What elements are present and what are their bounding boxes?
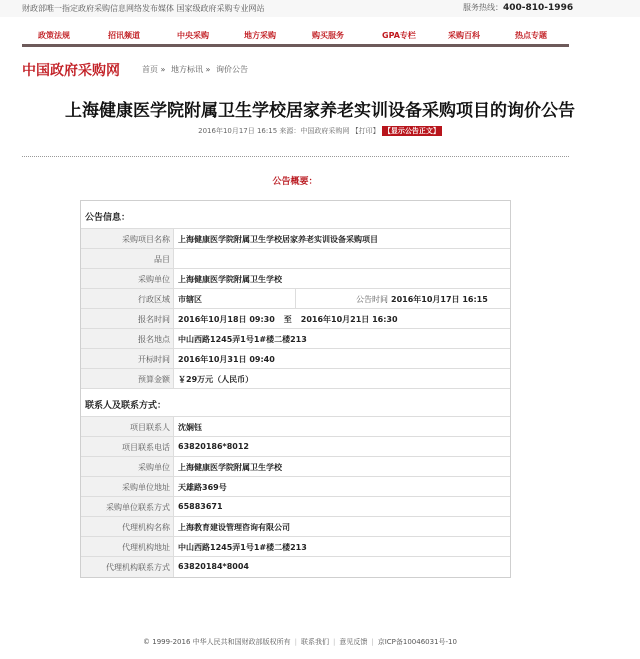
footer-divider: | (295, 638, 297, 646)
table-row: 代理机构地址 中山西路1245弄1号1#楼二楼213 (81, 537, 510, 557)
row-label: 公告时间 (296, 289, 391, 308)
row-value: ￥29万元（人民币） (174, 369, 510, 388)
nav-services[interactable]: 购买服务 (312, 30, 344, 41)
summary-heading: 公告概要： (0, 174, 590, 187)
row-value (174, 249, 510, 268)
show-full-text-button[interactable]: 【显示公告正文】 (382, 126, 442, 136)
info-section-heading: 公告信息： (81, 201, 510, 229)
nav-bidding[interactable]: 招讯频道 (108, 30, 140, 41)
table-row: 预算金额 ￥29万元（人民币） (81, 369, 510, 389)
row-label: 行政区域 (81, 289, 174, 308)
row-value: 上海健康医学院附属卫生学校居家养老实训设备采购项目 (174, 229, 510, 248)
row-value: 沈娴钰 (174, 417, 510, 436)
row-label: 代理机构地址 (81, 537, 174, 556)
nav-central[interactable]: 中央采购 (177, 30, 209, 41)
breadcrumb-separator: » (206, 65, 211, 74)
source-name: 中国政府采购网 (300, 127, 349, 135)
contact-us-link[interactable]: 联系我们 (301, 638, 329, 646)
icp-link[interactable]: 京ICP备10046031号-10 (378, 638, 457, 646)
row-label: 品目 (81, 249, 174, 268)
table-row: 代理机构名称 上海教育建设管理咨询有限公司 (81, 517, 510, 537)
publish-date: 2016年10月17日 16:15 (198, 127, 277, 135)
table-row: 开标时间 2016年10月31日 09:40 (81, 349, 510, 369)
range-separator: 至 (284, 315, 292, 324)
row-value: 2016年10月17日 16:15 (391, 289, 510, 308)
row-label: 代理机构名称 (81, 517, 174, 536)
row-value: 市辖区 (174, 289, 296, 308)
dotted-divider (22, 156, 569, 157)
breadcrumb-local-bidding[interactable]: 地方标讯 (171, 65, 203, 74)
row-value: 2016年10月18日 09:30至2016年10月21日 16:30 (174, 309, 510, 328)
row-label: 开标时间 (81, 349, 174, 368)
footer-divider: | (333, 638, 335, 646)
table-row: 报名时间 2016年10月18日 09:30至2016年10月21日 16:30 (81, 309, 510, 329)
table-row: 报名地点 中山西路1245弄1号1#楼二楼213 (81, 329, 510, 349)
row-value: 63820186*8012 (174, 437, 510, 456)
source-label: 来源： (279, 127, 300, 135)
table-row: 项目联系电话 63820186*8012 (81, 437, 510, 457)
breadcrumb: 首页 » 地方标讯 » 询价公告 (142, 64, 248, 75)
top-bar: 财政部唯一指定政府采购信息网络发布媒体 国家级政府采购专业网站 服务热线：400… (0, 0, 640, 17)
header-row: 中国政府采购网 首页 » 地方标讯 » 询价公告 (22, 60, 622, 80)
site-slogan: 财政部唯一指定政府采购信息网络发布媒体 国家级政府采购专业网站 (22, 3, 265, 14)
row-label: 采购单位联系方式 (81, 497, 174, 516)
copyright-text: © 1999-2016 中华人民共和国财政部版权所有 (143, 638, 291, 646)
nav-local[interactable]: 地方采购 (244, 30, 276, 41)
table-row: 采购项目名称 上海健康医学院附属卫生学校居家养老实训设备采购项目 (81, 229, 510, 249)
print-link[interactable]: 【打印】 (352, 127, 380, 135)
nav-hot-topics[interactable]: 热点专题 (515, 30, 547, 41)
table-row: 代理机构联系方式 63820184*8004 (81, 557, 510, 577)
row-label: 采购单位地址 (81, 477, 174, 496)
page-title: 上海健康医学院附属卫生学校居家养老实训设备采购项目的询价公告 (0, 96, 640, 121)
hotline-number: 400-810-1996 (503, 3, 573, 13)
row-value: 中山西路1245弄1号1#楼二楼213 (174, 329, 510, 348)
contact-section-heading: 联系人及联系方式： (81, 389, 510, 417)
row-label: 代理机构联系方式 (81, 557, 174, 577)
row-value: 上海健康医学院附属卫生学校 (174, 269, 510, 288)
row-value: 中山西路1245弄1号1#楼二楼213 (174, 537, 510, 556)
table-row: 采购单位地址 天雄路369号 (81, 477, 510, 497)
breadcrumb-separator: » (161, 65, 166, 74)
row-label: 采购单位 (81, 269, 174, 288)
nav-policy[interactable]: 政策法规 (38, 30, 70, 41)
row-label: 采购单位 (81, 457, 174, 476)
table-row: 行政区域 市辖区 公告时间 2016年10月17日 16:15 (81, 289, 510, 309)
row-label: 项目联系人 (81, 417, 174, 436)
table-row: 采购单位联系方式 65883671 (81, 497, 510, 517)
row-label: 采购项目名称 (81, 229, 174, 248)
row-value: 上海教育建设管理咨询有限公司 (174, 517, 510, 536)
nav-gpa[interactable]: GPA专栏 (382, 30, 416, 41)
row-value: 65883671 (174, 497, 510, 516)
row-label: 报名时间 (81, 309, 174, 328)
service-hotline: 服务热线：400-810-1996 (463, 2, 573, 13)
row-value: 2016年10月31日 09:40 (174, 349, 510, 368)
row-value: 上海健康医学院附属卫生学校 (174, 457, 510, 476)
main-nav: 政策法规 招讯频道 中央采购 地方采购 购买服务 GPA专栏 采购百科 热点专题 (22, 28, 569, 47)
table-row: 项目联系人 沈娴钰 (81, 417, 510, 437)
table-row: 采购单位 上海健康医学院附属卫生学校 (81, 269, 510, 289)
row-label: 项目联系电话 (81, 437, 174, 456)
nav-encyclopedia[interactable]: 采购百科 (448, 30, 480, 41)
signup-start: 2016年10月18日 09:30 (178, 315, 275, 324)
row-value: 天雄路369号 (174, 477, 510, 496)
table-row: 采购单位 上海健康医学院附属卫生学校 (81, 457, 510, 477)
row-label: 预算金额 (81, 369, 174, 388)
article-meta: 2016年10月17日 16:15 来源：中国政府采购网 【打印】 【显示公告正… (0, 126, 640, 136)
breadcrumb-inquiry[interactable]: 询价公告 (216, 65, 248, 74)
site-logo[interactable]: 中国政府采购网 (22, 60, 120, 80)
table-row: 品目 (81, 249, 510, 269)
hotline-label: 服务热线： (463, 3, 503, 12)
row-value: 63820184*8004 (174, 557, 510, 577)
page-footer: © 1999-2016 中华人民共和国财政部版权所有|联系我们|意见反馈|京IC… (0, 637, 600, 647)
announcement-summary-table: 公告信息： 采购项目名称 上海健康医学院附属卫生学校居家养老实训设备采购项目 品… (80, 200, 511, 578)
footer-divider: | (371, 638, 373, 646)
signup-end: 2016年10月21日 16:30 (301, 315, 398, 324)
feedback-link[interactable]: 意见反馈 (339, 638, 367, 646)
breadcrumb-home[interactable]: 首页 (142, 65, 158, 74)
row-label: 报名地点 (81, 329, 174, 348)
